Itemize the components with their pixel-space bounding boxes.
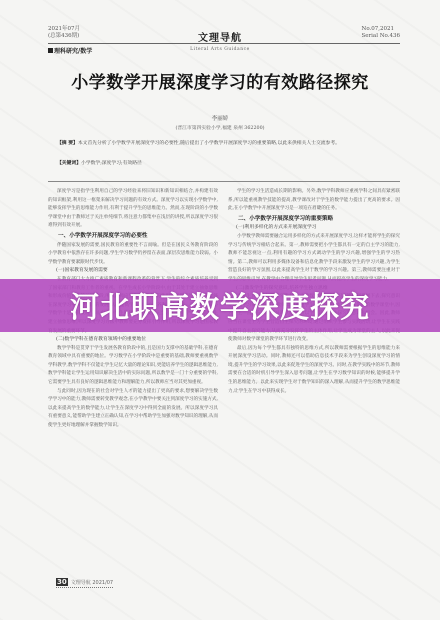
article-title: 小学数学开展深度学习的有效路径探究: [0, 68, 440, 93]
abstract-divider: [48, 181, 400, 182]
abstract-label: 【摘 要】: [57, 140, 78, 146]
paragraph: 数学学科是贯穿于学生发展各教育阶段中的,且是国力支撑中的基础学科,在德育教育领域…: [48, 345, 218, 388]
paragraph: 与此同时,因为现在的社会对学生人才的能力提出了更高的要求,想要解决学生数学学习中…: [48, 388, 218, 431]
header-divider: [48, 43, 400, 44]
journal-page: 2021年07月 (总第436期) 文理导航 No.07,2021 Serial…: [0, 0, 440, 620]
page-number: 30: [56, 578, 68, 586]
paragraph: 伴随国家发展的需要,国民教育的重要性不言而喻。但是在国民义务教育阶段的小学教育中…: [48, 242, 218, 268]
overlay-banner: 河北职高数学深度探究: [0, 279, 440, 332]
paragraph: 深度学习是指学生利用自己的学习经验来将旧知识和新知识相结合,并构建有效的知识框架…: [48, 188, 218, 231]
issue-number: No.07,2021 Serial No.436: [362, 26, 400, 40]
section-heading: 一、小学数学开展深度学习的必要性: [48, 232, 218, 241]
section-heading: 二、小学数学开展深度学习的重要策略: [228, 215, 400, 224]
banner-title: 河北职高数学深度探究: [70, 285, 370, 326]
paragraph: 小学数学教师需要融合运用多样化的方式来开展深度学习,这样才能将学生的探究学习与传…: [228, 233, 400, 285]
keywords-label: 【关键词】: [57, 160, 81, 166]
subsection-heading: (一)利用多样化的方式来开展深度学习: [228, 224, 400, 233]
author-name: 李丽娇: [0, 114, 440, 122]
paragraph: 学生的学习生活造成长期的影响。另外,数学学科教师应重视学科之间具有紧密联系,所以…: [228, 188, 400, 214]
author-affiliation: (晋江市第四实验小学,福建 泉州 362200): [0, 124, 440, 131]
subsection-heading: (一)国家教育发展的需要: [48, 267, 218, 276]
keywords: 【关键词】小学数学;深度学习;有效路径: [57, 159, 142, 166]
paragraph: 最后,因为每个学生都具有独特的思维方式,所以教师需要根据学生的思维能力来开展深度…: [228, 345, 400, 397]
footer-journal: 文理导航 2021/07: [71, 579, 113, 586]
subsection-heading: (二)数学学科在德育教育领域中的重要地位: [48, 336, 218, 345]
abstract: 【摘 要】本文首先分析了小学数学开展深度学习的必要性,随后提出了小学数学开展深度…: [48, 139, 400, 148]
page-footer: 30 文理导航 2021/07: [56, 578, 113, 588]
issue-line: No.07,2021: [362, 26, 400, 33]
serial-number-line: Serial No.436: [362, 33, 400, 40]
journal-english-name: Literal Arts Guidance: [0, 47, 440, 52]
keywords-text: 小学数学;深度学习;有效路径: [81, 161, 142, 166]
abstract-text: 本文首先分析了小学数学开展深度学习的必要性,随后提出了小学数学开展深度学习的重要…: [78, 141, 340, 146]
